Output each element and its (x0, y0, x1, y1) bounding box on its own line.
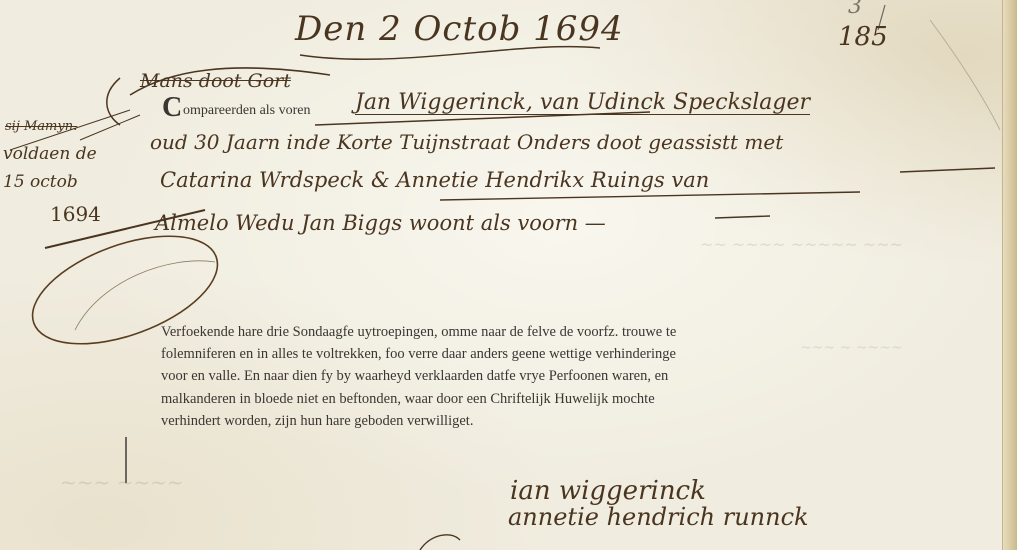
margin-note-line-3: 15 octob (3, 174, 78, 191)
printed-body-line: verhindert worden, zijn hun hare geboden… (161, 413, 473, 430)
entry-line-2: oud 30 Jaarn inde Korte Tuijnstraat Onde… (150, 132, 783, 152)
signature-bride: annetie hendrich runnck (508, 505, 809, 529)
printed-body-line: folemniferen en in alles te voltrekken, … (161, 346, 676, 363)
printed-body-line: malkanderen in bloede niet en beftonden,… (161, 391, 655, 408)
date-heading: Den 2 Octob 1694 (295, 12, 624, 46)
margin-note-line-1: sij Mamyn. (5, 120, 77, 133)
bleed-through-text: ~~ ~~~~ ~~~~~ ~~~ (700, 235, 903, 254)
manuscript-page: ~~ ~~~~ ~~~~~ ~~~ ~~~ ~~~~ ~~~ ~ ~~~~ (0, 0, 1017, 550)
folio-number: 185 (838, 24, 888, 50)
entry-line-3: Catarina Wrdspeck & Annetie Hendrikx Rui… (160, 170, 709, 191)
margin-note-line-4: 1694 (50, 204, 101, 224)
printed-intro-visible: ompareerden als voren (183, 103, 311, 119)
printed-body-line: voor en valle. En naar dien fy by waarhe… (161, 368, 668, 385)
entry-line-4: Almelo Wedu Jan Biggs woont als voorn — (155, 213, 606, 234)
struck-name: Mans doot Gort (140, 72, 291, 91)
signature-groom: ian wiggerinck (510, 478, 706, 504)
printed-body: Verfoekende hare drie Sondaagfe uytroepi… (161, 324, 801, 454)
pencil-folio-number: 3 (848, 0, 862, 19)
entry-line-1: Jan Wiggerinck, van Udinck Speckslager (355, 92, 810, 115)
printed-body-line: Verfoekende hare drie Sondaagfe uytroepi… (161, 324, 676, 341)
bleed-through-text: ~~~ ~ ~~~~ (800, 340, 903, 356)
book-gutter (1002, 0, 1017, 550)
bleed-through-text: ~~~ ~~~~ (60, 470, 184, 494)
margin-note-line-2: voldaen de (3, 146, 97, 163)
